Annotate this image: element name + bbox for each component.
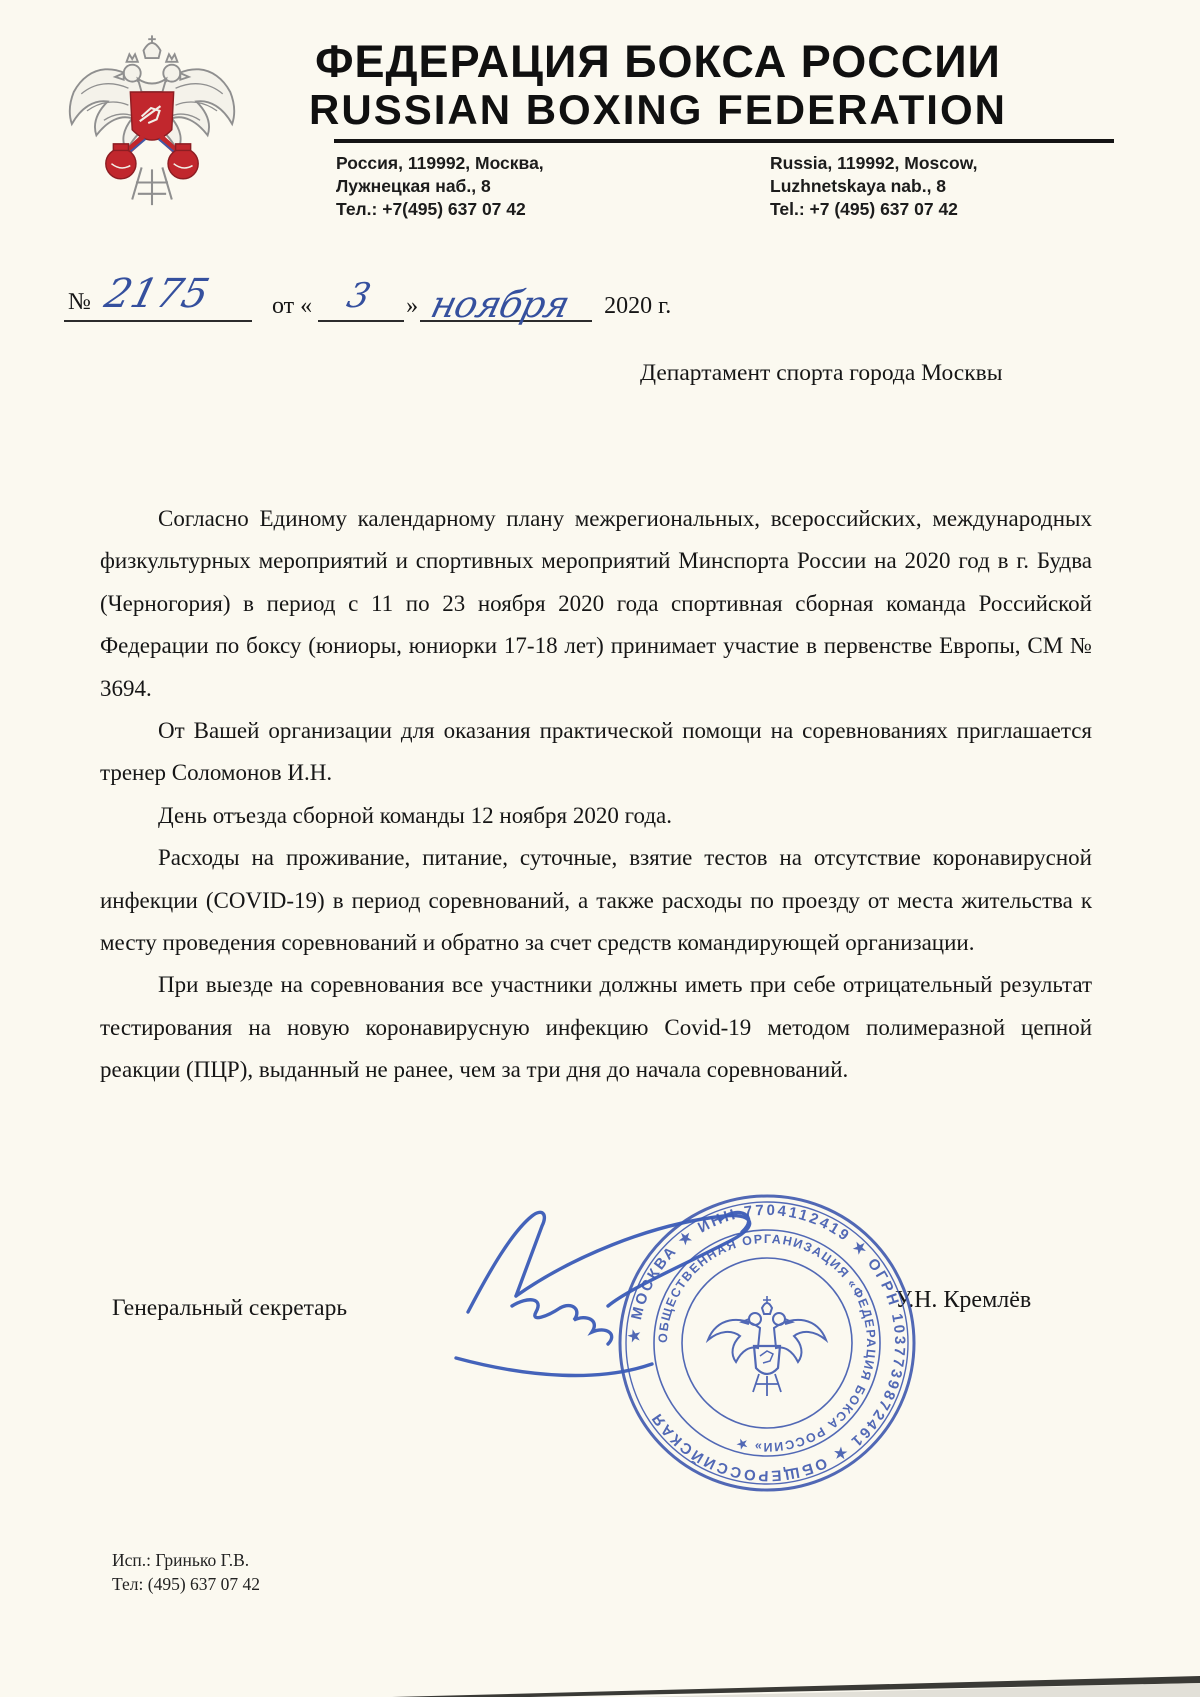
year-label: 2020 г. — [602, 293, 673, 322]
address-block-russian: Россия, 119992, Москва, Лужнецкая наб., … — [336, 152, 544, 221]
executor-phone: Тел: (495) 637 07 42 — [112, 1572, 260, 1596]
address-line: Tel.: +7 (495) 637 07 42 — [770, 198, 978, 221]
address-block-english: Russia, 119992, Moscow, Luzhnetskaya nab… — [770, 152, 978, 221]
paragraph: При выезде на соревнования все участники… — [100, 964, 1092, 1091]
signatory-title: Генеральный секретарь — [112, 1295, 347, 1322]
handwritten-signature — [420, 1120, 900, 1420]
month-handwritten: ноября — [427, 283, 574, 326]
day-handwritten: 3 — [343, 276, 375, 316]
paragraph: От Вашей организации для оказания практи… — [100, 710, 1092, 795]
month-blank: ноября — [420, 270, 592, 322]
org-title-english: RUSSIAN BOXING FEDERATION — [308, 87, 1008, 132]
day-blank: 3 — [318, 270, 404, 322]
letter-page: ФЕДЕРАЦИЯ БОКСА РОССИИ RUSSIAN BOXING FE… — [0, 0, 1200, 1697]
executor-name: Исп.: Гринько Г.В. — [112, 1548, 260, 1572]
paragraph: День отъезда сборной команды 12 ноября 2… — [100, 795, 1092, 837]
address-line: Russia, 119992, Moscow, — [770, 152, 978, 175]
doc-number-label: № — [66, 289, 93, 318]
org-title-russian: ФЕДЕРАЦИЯ БОКСА РОССИИ — [308, 38, 1008, 87]
addressee: Департамент спорта города Москвы — [640, 360, 1070, 387]
doc-number-handwritten: 2175 — [100, 271, 213, 317]
header-divider — [334, 139, 1114, 143]
doc-number-blank: № 2175 — [64, 270, 252, 322]
coat-of-arms-icon — [58, 26, 246, 224]
paragraph: Расходы на проживание, питание, суточные… — [100, 837, 1092, 964]
date-from-label: от « — [270, 293, 314, 322]
address-line: Тел.: +7(495) 637 07 42 — [336, 198, 544, 221]
address-line: Россия, 119992, Москва, — [336, 152, 544, 175]
address-line: Luzhnetskaya nab., 8 — [770, 175, 978, 198]
executor-block: Исп.: Гринько Г.В. Тел: (495) 637 07 42 — [112, 1548, 260, 1596]
ref-number-line: № 2175 от « 3 » ноября 2020 г. — [64, 270, 673, 322]
letter-body: Согласно Единому календарному плану межр… — [100, 498, 1092, 1092]
quote-close: » — [404, 293, 420, 322]
paragraph: Согласно Единому календарному плану межр… — [100, 498, 1092, 710]
address-line: Лужнецкая наб., 8 — [336, 175, 544, 198]
